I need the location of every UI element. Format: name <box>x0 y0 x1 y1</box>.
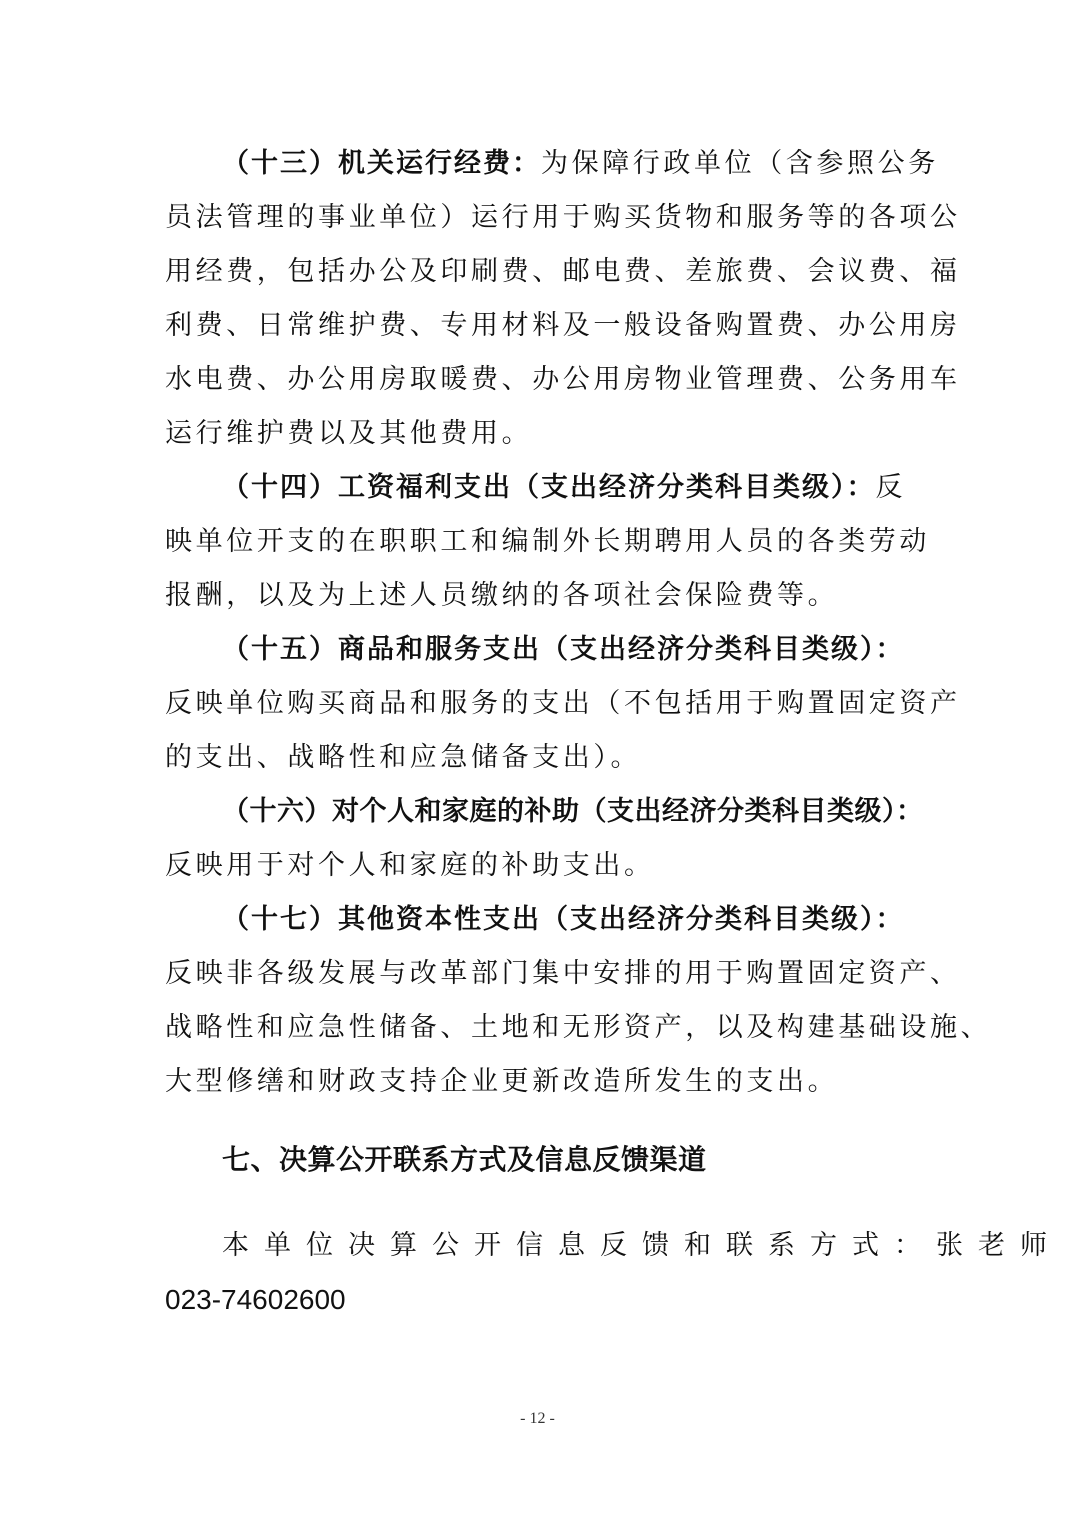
paragraph-line: 报酬，以及为上述人员缴纳的各项社会保险费等。 <box>165 578 915 614</box>
paragraph-line: 反映单位购买商品和服务的支出（不包括用于购置固定资产 <box>165 686 915 722</box>
paragraph-line: 映单位开支的在职职工和编制外长期聘用人员的各类劳动 <box>165 524 915 560</box>
page-number: - 12 - <box>0 1410 1075 1428</box>
paragraph-line: （十三）机关运行经费：为保障行政单位（含参照公务 <box>222 146 915 182</box>
paragraph-line: （十五）商品和服务支出（支出经济分类科目类级）： <box>222 632 915 668</box>
paragraph-line: 反映非各级发展与改革部门集中安排的用于购置固定资产、 <box>165 956 915 992</box>
section-heading: （十六）对个人和家庭的补助（支出经济分类科目类级）： <box>222 796 924 827</box>
paragraph-line: （十六）对个人和家庭的补助（支出经济分类科目类级）： <box>222 794 915 830</box>
paragraph-line: 的支出、战略性和应急储备支出）。 <box>165 740 915 776</box>
paragraph-line: 战略性和应急性储备、土地和无形资产，以及构建基础设施、 <box>165 1010 915 1046</box>
section-heading: （十四）工资福利支出（支出经济分类科目类级）： <box>222 472 876 503</box>
section-heading: （十三）机关运行经费： <box>222 148 541 179</box>
section-heading: （十七）其他资本性支出（支出经济分类科目类级）： <box>222 904 905 935</box>
contact-text: 本单位决算公开信息反馈和联系方式：张老师 <box>222 1228 915 1264</box>
paragraph-line: 利费、日常维护费、专用材料及一般设备购置费、办公用房 <box>165 308 915 344</box>
paragraph-line: 大型修缮和财政支持企业更新改造所发生的支出。 <box>165 1064 915 1100</box>
paragraph-line: 员法管理的事业单位）运行用于购买货物和服务等的各项公 <box>165 200 915 236</box>
contact-phone: 023-74602600 <box>165 1282 915 1318</box>
section-heading: （十五）商品和服务支出（支出经济分类科目类级）： <box>222 634 905 665</box>
paragraph-line: （十四）工资福利支出（支出经济分类科目类级）：反 <box>222 470 915 506</box>
paragraph-line: （十七）其他资本性支出（支出经济分类科目类级）： <box>222 902 915 938</box>
paragraph-line: 反映用于对个人和家庭的补助支出。 <box>165 848 915 884</box>
paragraph-line: 运行维护费以及其他费用。 <box>165 416 915 452</box>
chapter-title: 七、决算公开联系方式及信息反馈渠道 <box>222 1142 707 1178</box>
paragraph-line: 用经费，包括办公及印刷费、邮电费、差旅费、会议费、福 <box>165 254 915 290</box>
paragraph-line: 水电费、办公用房取暖费、办公用房物业管理费、公务用车 <box>165 362 915 398</box>
